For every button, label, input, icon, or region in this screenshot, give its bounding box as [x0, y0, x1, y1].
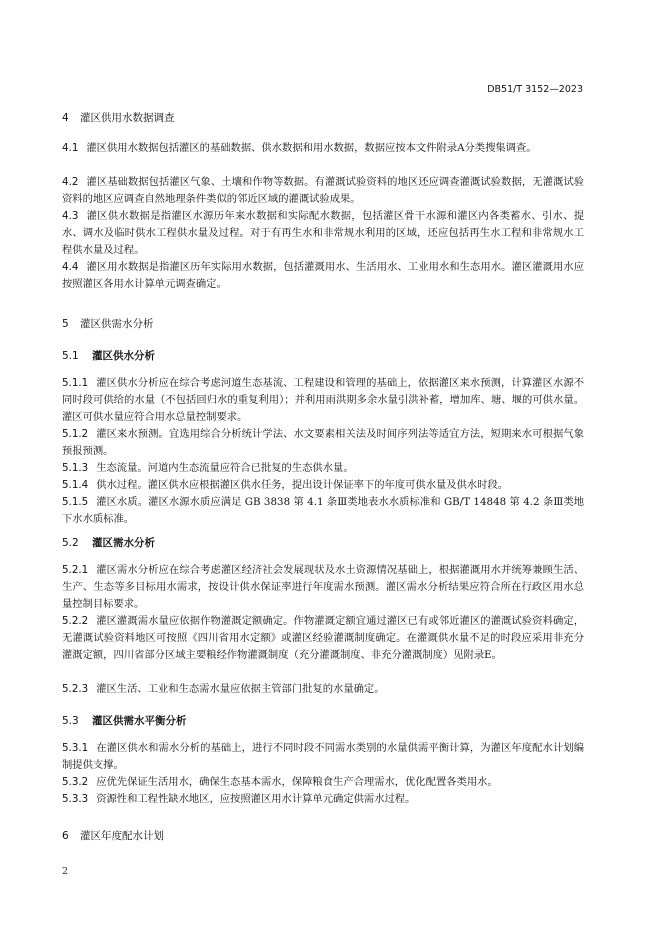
subsection-title: 灌区需水分析	[92, 537, 155, 549]
subsection-heading-5-3: 5.3灌区供需水平衡分析	[62, 713, 187, 728]
clause-5-1-5: 5.1.5灌区水质。灌区水源水质应满足 GB 3838 第 4.1 条Ⅲ类地表水…	[62, 494, 584, 528]
clause-5-1-4: 5.1.4供水过程。灌区供水应根据灌区供水任务，提出设计保证率下的年度可供水量及…	[62, 477, 584, 494]
section-heading-5: 5灌区供需水分析	[62, 316, 154, 331]
section-number: 5	[62, 318, 80, 330]
clause-text: 供水过程。灌区供水应根据灌区供水任务，提出设计保证率下的年度可供水量及供水时段。	[96, 479, 508, 491]
clause-text: 灌区供水分析应在综合考虑河道生态基流、工程建设和管理的基础上，依据灌区来水预测，…	[62, 377, 584, 423]
clause-text: 灌区用水数据是指灌区历年实际用水数据，包括灌溉用水、生活用水、工业用水和生态用水…	[62, 261, 584, 290]
section-number: 4	[62, 112, 80, 124]
clause-text: 资源性和工程性缺水地区，应按照灌区用水计算单元确定供需水过程。	[96, 793, 415, 805]
clause-5-3-1: 5.3.1在灌区供水和需水分析的基础上，进行不同时段不同需水类别的水量供需平衡计…	[62, 740, 584, 774]
clause-5-3-2: 5.3.2应优先保证生活用水，确保生态基本需水，保障粮食生产合理需水，优化配置各…	[62, 774, 584, 791]
clause-text: 灌区来水预测。宜选用综合分析统计学法、水文要素相关法及时间序列法等适宜方法，短期…	[62, 428, 584, 457]
clause-number: 5.1.1	[62, 377, 88, 389]
clause-number: 5.3.1	[62, 742, 88, 754]
clause-number: 5.2.2	[62, 615, 88, 627]
clause-number: 5.2.3	[62, 683, 88, 695]
clause-number: 4.1	[62, 142, 78, 154]
clause-5-2-3: 5.2.3灌区生活、工业和生态需水量应依据主管部门批复的水量确定。	[62, 681, 584, 698]
clause-text: 灌区灌溉需水量应依据作物灌溉定额确定。作物灌溉定额宜通过灌区已有或邻近灌区的灌溉…	[62, 615, 584, 661]
section-heading-6: 6灌区年度配水计划	[62, 828, 164, 843]
section-title: 灌区年度配水计划	[80, 830, 164, 842]
subsection-heading-5-1: 5.1灌区供水分析	[62, 348, 155, 363]
subsection-number: 5.3	[62, 715, 92, 727]
standard-code: DB51/T 3152—2023	[487, 84, 583, 95]
subsection-heading-5-2: 5.2灌区需水分析	[62, 535, 155, 550]
section-heading-4: 4灌区供用水数据调查	[62, 110, 175, 125]
clause-5-1-1: 5.1.1灌区供水分析应在综合考虑河道生态基流、工程建设和管理的基础上，依据灌区…	[62, 375, 584, 426]
clause-5-2-1: 5.2.1灌区需水分析应在综合考虑灌区经济社会发展现状及水土资源情况基础上，根据…	[62, 562, 584, 613]
subsection-number: 5.1	[62, 350, 92, 362]
page-number: 2	[62, 866, 68, 877]
clause-text: 灌区供水数据是指灌区水源历年来水数据和实际配水数据，包括灌区骨干水源和灌区内各类…	[62, 210, 584, 256]
subsection-title: 灌区供水分析	[92, 350, 155, 362]
subsection-number: 5.2	[62, 537, 92, 549]
clause-4-4: 4.4灌区用水数据是指灌区历年实际用水数据，包括灌溉用水、生活用水、工业用水和生…	[62, 259, 584, 293]
clause-text: 生态流量。河道内生态流量应符合已批复的生态供水量。	[96, 462, 353, 474]
clause-number: 4.3	[62, 210, 78, 222]
clause-number: 5.1.4	[62, 479, 88, 491]
clause-number: 4.4	[62, 261, 78, 273]
clause-5-3-3: 5.3.3资源性和工程性缺水地区，应按照灌区用水计算单元确定供需水过程。	[62, 791, 584, 808]
subsection-title: 灌区供需水平衡分析	[92, 715, 187, 727]
clause-4-1: 4.1灌区供用水数据包括灌区的基础数据、供水数据和用水数据，数据应按本文件附录A…	[62, 140, 584, 157]
clause-text: 灌区供用水数据包括灌区的基础数据、供水数据和用水数据，数据应按本文件附录A分类搜…	[86, 142, 536, 154]
clause-text: 在灌区供水和需水分析的基础上，进行不同时段不同需水类别的水量供需平衡计算，为灌区…	[62, 742, 584, 771]
clause-5-1-3: 5.1.3生态流量。河道内生态流量应符合已批复的生态供水量。	[62, 460, 584, 477]
section-title: 灌区供用水数据调查	[80, 112, 175, 124]
clause-number: 5.1.5	[62, 496, 88, 508]
clause-number: 5.3.3	[62, 793, 88, 805]
clause-text: 应优先保证生活用水，确保生态基本需水，保障粮食生产合理需水，优化配置各类用水。	[96, 776, 498, 788]
clause-number: 5.1.2	[62, 428, 88, 440]
clause-number: 5.3.2	[62, 776, 88, 788]
clause-number: 4.2	[62, 176, 78, 188]
clause-text: 灌区生活、工业和生态需水量应依据主管部门批复的水量确定。	[96, 683, 384, 695]
clause-number: 5.1.3	[62, 462, 88, 474]
clause-text: 灌区基础数据包括灌区气象、土壤和作物等数据。有灌溉试验资料的地区还应调查灌溉试验…	[62, 176, 584, 205]
section-title: 灌区供需水分析	[80, 318, 154, 330]
clause-number: 5.2.1	[62, 564, 88, 576]
clause-text: 灌区需水分析应在综合考虑灌区经济社会发展现状及水土资源情况基础上，根据灌溉用水并…	[62, 564, 584, 610]
clause-4-2: 4.2灌区基础数据包括灌区气象、土壤和作物等数据。有灌溉试验资料的地区还应调查灌…	[62, 174, 584, 208]
clause-5-2-2: 5.2.2灌区灌溉需水量应依据作物灌溉定额确定。作物灌溉定额宜通过灌区已有或邻近…	[62, 613, 584, 664]
section-number: 6	[62, 830, 80, 842]
clause-4-3: 4.3灌区供水数据是指灌区水源历年来水数据和实际配水数据，包括灌区骨干水源和灌区…	[62, 208, 584, 259]
clause-text: 灌区水质。灌区水源水质应满足 GB 3838 第 4.1 条Ⅲ类地表水水质标准和…	[62, 496, 584, 525]
clause-5-1-2: 5.1.2灌区来水预测。宜选用综合分析统计学法、水文要素相关法及时间序列法等适宜…	[62, 426, 584, 460]
